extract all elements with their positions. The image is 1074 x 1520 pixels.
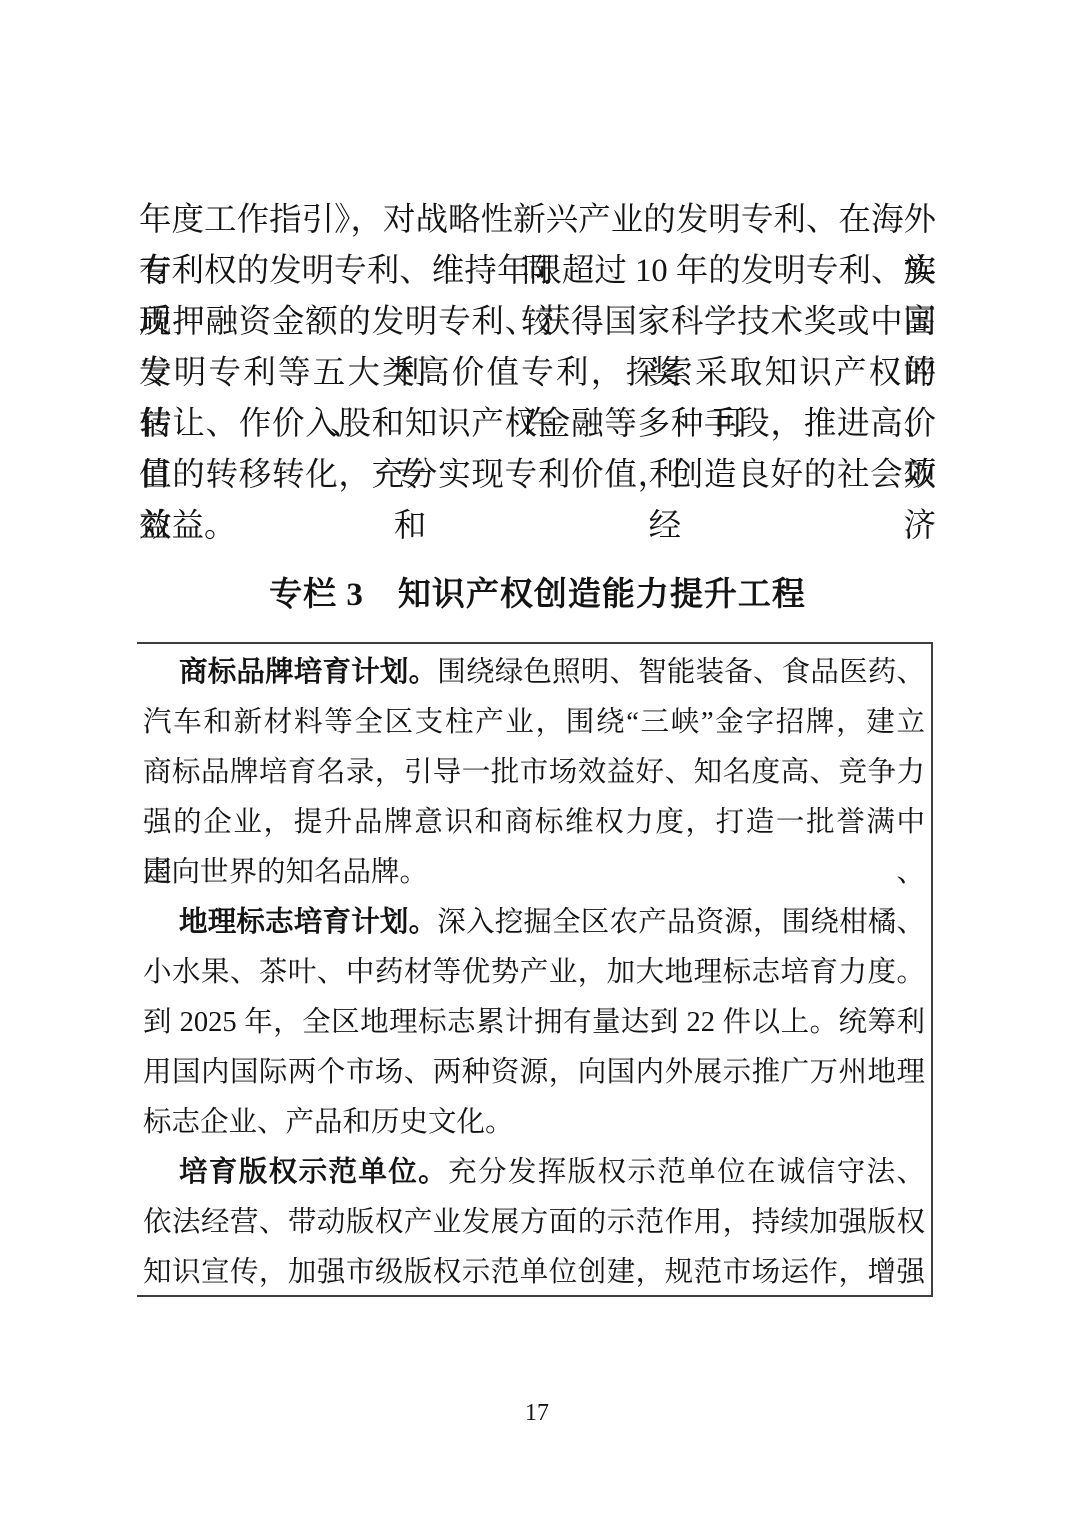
box-line: 用国内国际两个市场、两种资源，向国内外展示推广万州地理 (143, 1048, 925, 1098)
box-paragraph-first-line: 培育版权示范单位。充分发挥版权示范单位在诚信守法、 (143, 1148, 925, 1198)
page-number: 17 (0, 1400, 1074, 1427)
intro-line: 目的转移转化，充分实现专利价值，创造良好的社会效益和经济 (139, 450, 936, 501)
box-paragraph-first-line: 地理标志培育计划。深入挖掘全区农产品资源，围绕柑橘、 (143, 898, 925, 948)
paragraph-lead: 培育版权示范单位。 (179, 1157, 448, 1188)
intro-line: 发明专利等五大类高价值专利，探索采取知识产权评估、许可、 (139, 348, 936, 399)
intro-line: 年度工作指引》，对战略性新兴产业的发明专利、在海外有同族 (139, 195, 936, 246)
feature-box: 商标品牌培育计划。围绕绿色照明、智能装备、食品医药、汽车和新材料等全区支柱产业，… (137, 642, 933, 1297)
box-line: 到 2025 年，全区地理标志累计拥有量达到 22 件以上。统筹利 (143, 998, 925, 1048)
paragraph-lead: 地理标志培育计划。 (179, 907, 437, 938)
paragraph-text: 充分发挥版权示范单位在诚信守法、 (448, 1157, 925, 1188)
intro-line: 质押融资金额的发明专利、获得国家科学技术奖或中国专利奖的 (139, 297, 936, 348)
box-line: 汽车和新材料等全区支柱产业，围绕“三峡”金字招牌，建立 (143, 698, 925, 748)
intro-paragraph: 年度工作指引》，对战略性新兴产业的发明专利、在海外有同族专利权的发明专利、维持年… (139, 195, 936, 552)
box-line: 商标品牌培育名录，引导一批市场效益好、知名度高、竞争力 (143, 748, 925, 798)
box-heading: 专栏 3 知识产权创造能力提升工程 (139, 569, 936, 621)
intro-line: 专利权的发明专利、维持年限超过 10 年的发明专利、实现较高 (139, 246, 936, 297)
paragraph-lead: 商标品牌培育计划。 (179, 657, 437, 688)
box-paragraph-first-line: 商标品牌培育计划。围绕绿色照明、智能装备、食品医药、 (143, 648, 925, 698)
box-line: 强的企业，提升品牌意识和商标维权力度，打造一批誉满中国、 (143, 798, 925, 848)
box-line: 依法经营、带动版权产业发展方面的示范作用，持续加强版权 (143, 1198, 925, 1248)
intro-line: 转让、作价入股和知识产权金融等多种手段，推进高价值专利项 (139, 399, 936, 450)
box-line: 标志企业、产品和历史文化。 (143, 1098, 925, 1148)
box-line: 小水果、茶叶、中药材等优势产业，加大地理标志培育力度。 (143, 948, 925, 998)
box-line: 知识宣传，加强市级版权示范单位创建，规范市场运作，增强 (143, 1248, 925, 1297)
paragraph-text: 围绕绿色照明、智能装备、食品医药、 (437, 657, 925, 688)
paragraph-text: 深入挖掘全区农产品资源，围绕柑橘、 (437, 907, 925, 938)
